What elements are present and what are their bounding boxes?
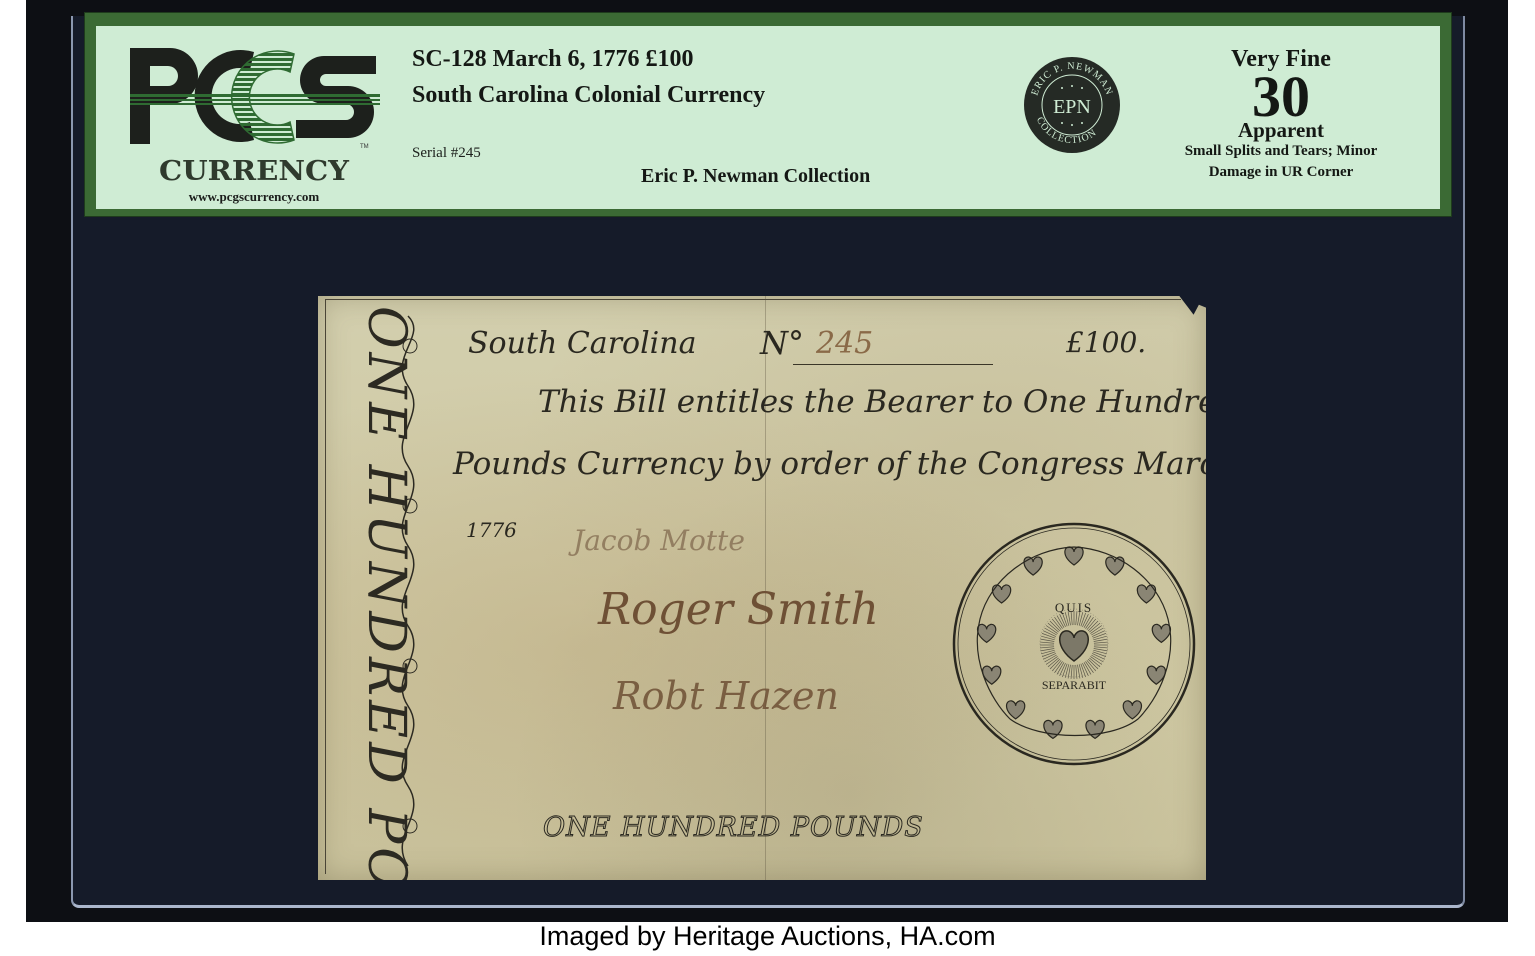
note-text-line2: Pounds Currency by order of the Congress… (453, 446, 1299, 482)
note-text-line1: This Bill entitles the Bearer to One Hun… (538, 384, 1236, 420)
catalog-subtitle: South Carolina Colonial Currency (412, 82, 765, 109)
serial-number: Serial #245 (412, 145, 481, 162)
side-panel: ONE HUNDRED POUNDS (326, 306, 426, 876)
note-serial-number: 245 (816, 326, 873, 361)
trademark: TM (360, 144, 369, 150)
pcgs-label-inner: TM CURRENCY www.pcgscurrency.com SC-128 … (96, 26, 1440, 209)
pcgs-label: TM CURRENCY www.pcgscurrency.com SC-128 … (84, 12, 1452, 217)
hearts-seal-vignette-icon: QUIS SEPARABIT (950, 519, 1198, 769)
website-link[interactable]: www.pcgscurrency.com (124, 189, 384, 205)
note-state: South Carolina (468, 326, 697, 361)
image-credit: Imaged by Heritage Auctions, HA.com (0, 921, 1535, 952)
note-year: 1776 (466, 518, 517, 542)
note-denomination: £100. (1066, 326, 1146, 359)
pcgs-logo: TM CURRENCY www.pcgscurrency.com (124, 38, 384, 198)
note-bottom-denomination: ONE HUNDRED POUNDS (543, 812, 924, 843)
banknote: ONE HUNDRED POUNDS South Carolina N° 245… (318, 296, 1206, 880)
grade-note-line2: Damage in UR Corner (1136, 163, 1426, 182)
collection-name: Eric P. Newman Collection (641, 165, 870, 188)
grade-note-line1: Small Splits and Tears; Minor (1136, 142, 1426, 161)
svg-text:EPN: EPN (1053, 96, 1091, 118)
scroll-flourish-icon (388, 306, 426, 876)
seal-motto-bottom: SEPARABIT (1042, 678, 1107, 692)
signature-3: Robt Hazen (613, 674, 839, 718)
grade-number: 30 (1136, 74, 1426, 120)
serial-underline (793, 364, 993, 365)
signature-1: Jacob Motte (573, 524, 745, 557)
note-number-prefix: N° (760, 324, 804, 362)
pcgs-logo-mark-icon (124, 38, 384, 148)
seal-motto-top: QUIS (1055, 600, 1093, 615)
epn-collection-seal-icon: ERIC P. NEWMAN COLLECTION EPN (1022, 55, 1122, 155)
grade-qualifier: Apparent (1136, 120, 1426, 140)
catalog-title: SC-128 March 6, 1776 £100 (412, 46, 694, 73)
note-border-top (326, 299, 1181, 300)
logo-currency-word: CURRENCY (115, 156, 394, 187)
grade-block: Very Fine 30 Apparent Small Splits and T… (1136, 46, 1426, 182)
signature-2: Roger Smith (598, 584, 879, 635)
